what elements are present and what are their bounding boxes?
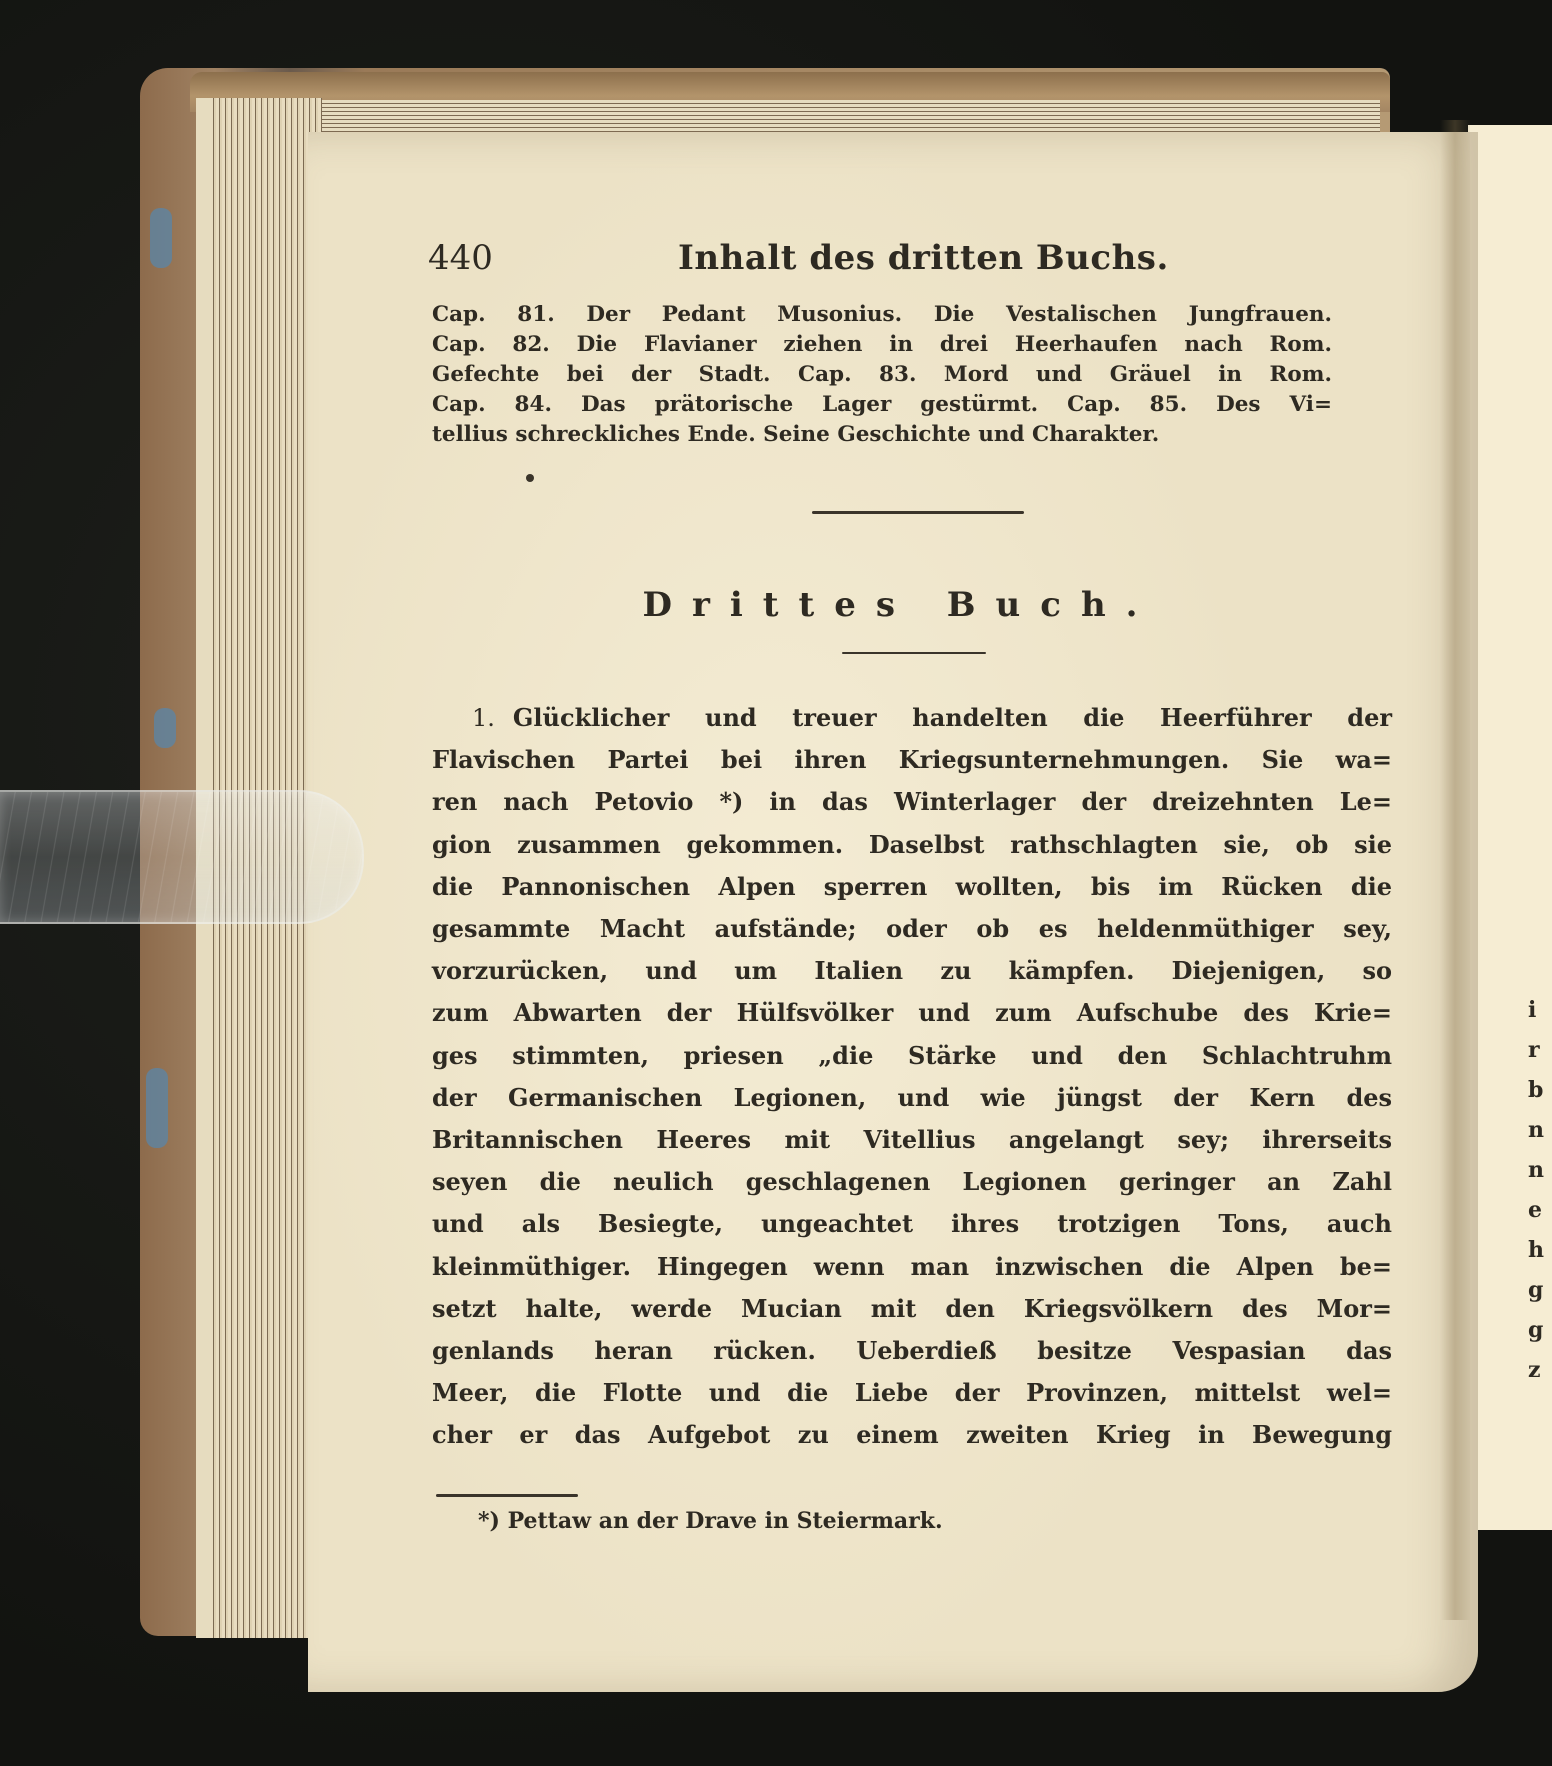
body-line: und als Besiegte, ungeachtet ihres trotz… — [432, 1203, 1392, 1245]
toc-line: Cap. 81. Der Pedant Musonius. Die Vestal… — [432, 300, 1332, 330]
body-line-text: Glücklicher und treuer handelten die Hee… — [513, 703, 1392, 732]
body-line: die Pannonischen Alpen sperren wollten, … — [432, 866, 1392, 908]
body-line: vorzurücken, und um Italien zu kämpfen. … — [432, 950, 1392, 992]
body-text: 1.Glücklicher und treuer handelten die H… — [432, 697, 1392, 1457]
page-gutter-shadow — [1440, 120, 1470, 1620]
body-line: Meer, die Flotte und die Liebe der Provi… — [432, 1372, 1392, 1414]
body-line: seyen die neulich geschlagenen Legionen … — [432, 1161, 1392, 1203]
marble-swirl — [154, 708, 176, 748]
body-line: ren nach Petovio *) in das Winterlager d… — [432, 781, 1392, 823]
body-line: gion zusammen gekommen. Daselbst rathsch… — [432, 824, 1392, 866]
body-line: der Germanischen Legionen, und wie jüngs… — [432, 1077, 1392, 1119]
paragraph-number: 1. — [472, 704, 495, 732]
toc-line: Cap. 84. Das prätorische Lager gestürmt.… — [432, 390, 1332, 420]
body-line: Flavischen Partei bei ihren Kriegsuntern… — [432, 739, 1392, 781]
body-line: setzt halte, werde Mucian mit den Kriegs… — [432, 1288, 1392, 1330]
body-line: zum Abwarten der Hülfsvölker und zum Auf… — [432, 992, 1392, 1034]
ink-dot — [526, 474, 534, 482]
body-line: cher er das Aufgebot zu einem zweiten Kr… — [432, 1414, 1392, 1456]
body-line: gesammte Macht aufstände; oder ob es hel… — [432, 908, 1392, 950]
page-number: 440 — [428, 238, 678, 278]
marble-swirl — [150, 208, 172, 268]
page-block-top — [210, 100, 1380, 134]
plastic-page-holder-tab — [0, 790, 364, 924]
tab-scratches — [0, 792, 362, 922]
section-title: Drittes Buch. — [600, 585, 1200, 625]
facing-page-glyphs: i r b n n e h g g z — [1528, 990, 1552, 1390]
toc-line: Gefechte bei der Stadt. Cap. 83. Mord un… — [432, 360, 1332, 390]
book-photo: i r b n n e h g g z 440 Inhalt des dritt… — [0, 0, 1552, 1766]
running-title: Inhalt des dritten Buchs. — [678, 238, 1169, 278]
section-rule-top — [812, 511, 1024, 514]
page-header: 440 Inhalt des dritten Buchs. — [428, 238, 1188, 288]
body-line: ges stimmten, priesen „die Stärke und de… — [432, 1035, 1392, 1077]
body-line-first: 1.Glücklicher und treuer handelten die H… — [432, 697, 1392, 739]
body-line: Britannischen Heeres mit Vitellius angel… — [432, 1119, 1392, 1161]
section-rule-bottom — [842, 652, 986, 654]
toc-line: Cap. 82. Die Flavianer ziehen in drei He… — [432, 330, 1332, 360]
marble-swirl — [146, 1068, 168, 1148]
toc-line: tellius schreckliches Ende. Seine Geschi… — [432, 420, 1332, 450]
footnote: *) Pettaw an der Drave in Steiermark. — [478, 1508, 943, 1534]
body-line: genlands heran rücken. Ueberdieß besitze… — [432, 1330, 1392, 1372]
body-line: kleinmüthiger. Hingegen wenn man inzwisc… — [432, 1246, 1392, 1288]
footnote-rule — [436, 1494, 578, 1497]
table-of-contents: Cap. 81. Der Pedant Musonius. Die Vestal… — [432, 300, 1332, 450]
